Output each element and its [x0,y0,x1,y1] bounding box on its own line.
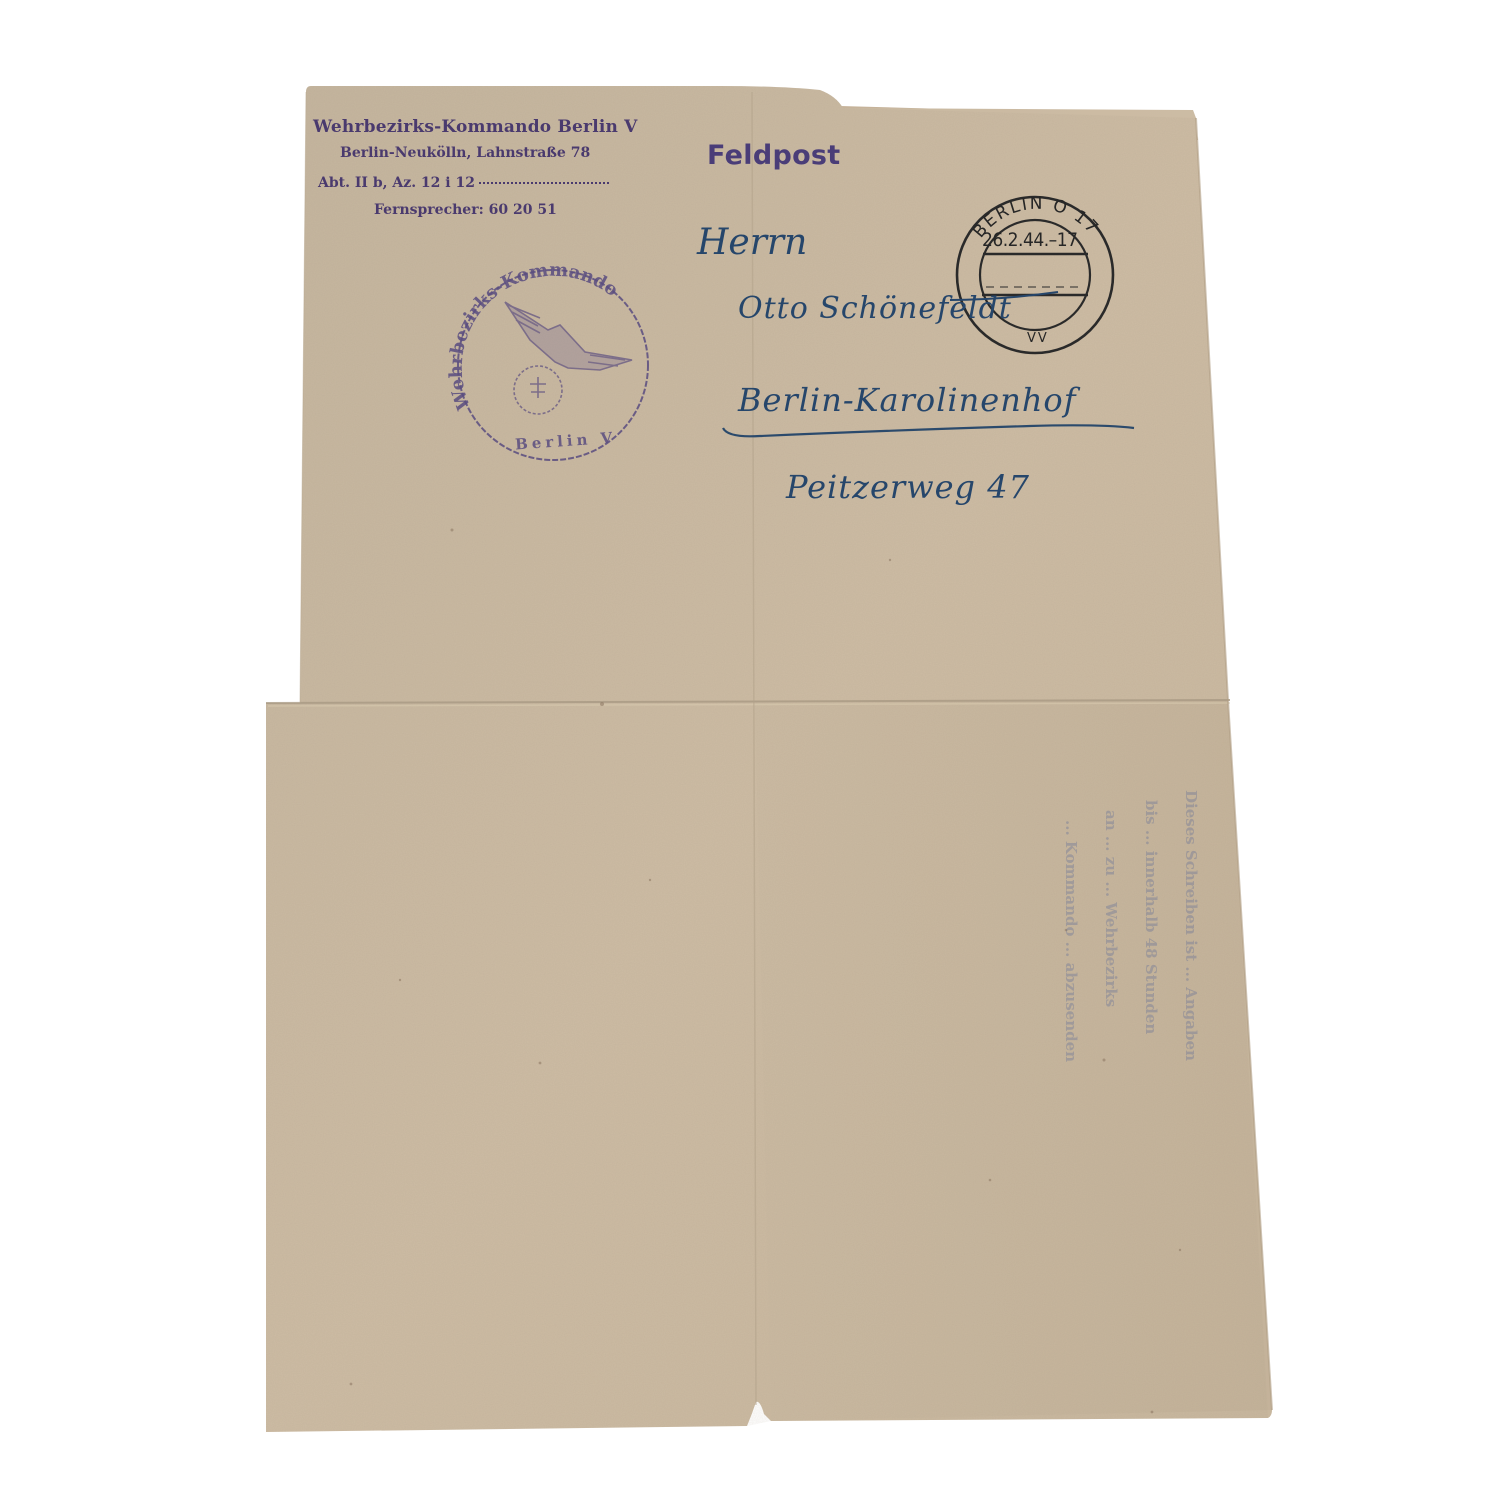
letterhead-address: Berlin-Neukölln, Lahnstraße 78 [340,145,590,161]
address-city: Berlin-Karolinenhof [738,381,1077,419]
document-photo: Wehrbezirks-Kommando BERLIN O 17 Wehrbez… [0,0,1512,1512]
feldpost-label: Feldpost [707,140,841,171]
letterhead-reference: Abt. II b, Az. 12 i 12 [318,175,609,191]
bleed-through-line: Dieses Schreiben ist ... Angaben [1182,790,1200,1061]
bleed-through-line: ... Kommando ... abzusenden [1062,820,1080,1062]
bleed-through-line: an ... zu ... Wehrbezirks [1102,810,1120,1007]
address-name: Otto Schönefeldt [738,291,1012,326]
bleed-through-line: bis ... innerhalb 48 Stunden [1142,800,1160,1034]
postmark-date: 26.2.44.–17 [982,229,1077,251]
reference-dotted-line [479,182,609,184]
letterhead-phone: Fernsprecher: 60 20 51 [374,202,557,218]
letterhead-reference-text: Abt. II b, Az. 12 i 12 [318,175,475,191]
address-salutation: Herrn [697,222,807,263]
letterhead-title: Wehrbezirks-Kommando Berlin V [313,117,638,137]
address-street: Peitzerweg 47 [786,468,1030,506]
postmark-code: VV [1027,331,1049,346]
